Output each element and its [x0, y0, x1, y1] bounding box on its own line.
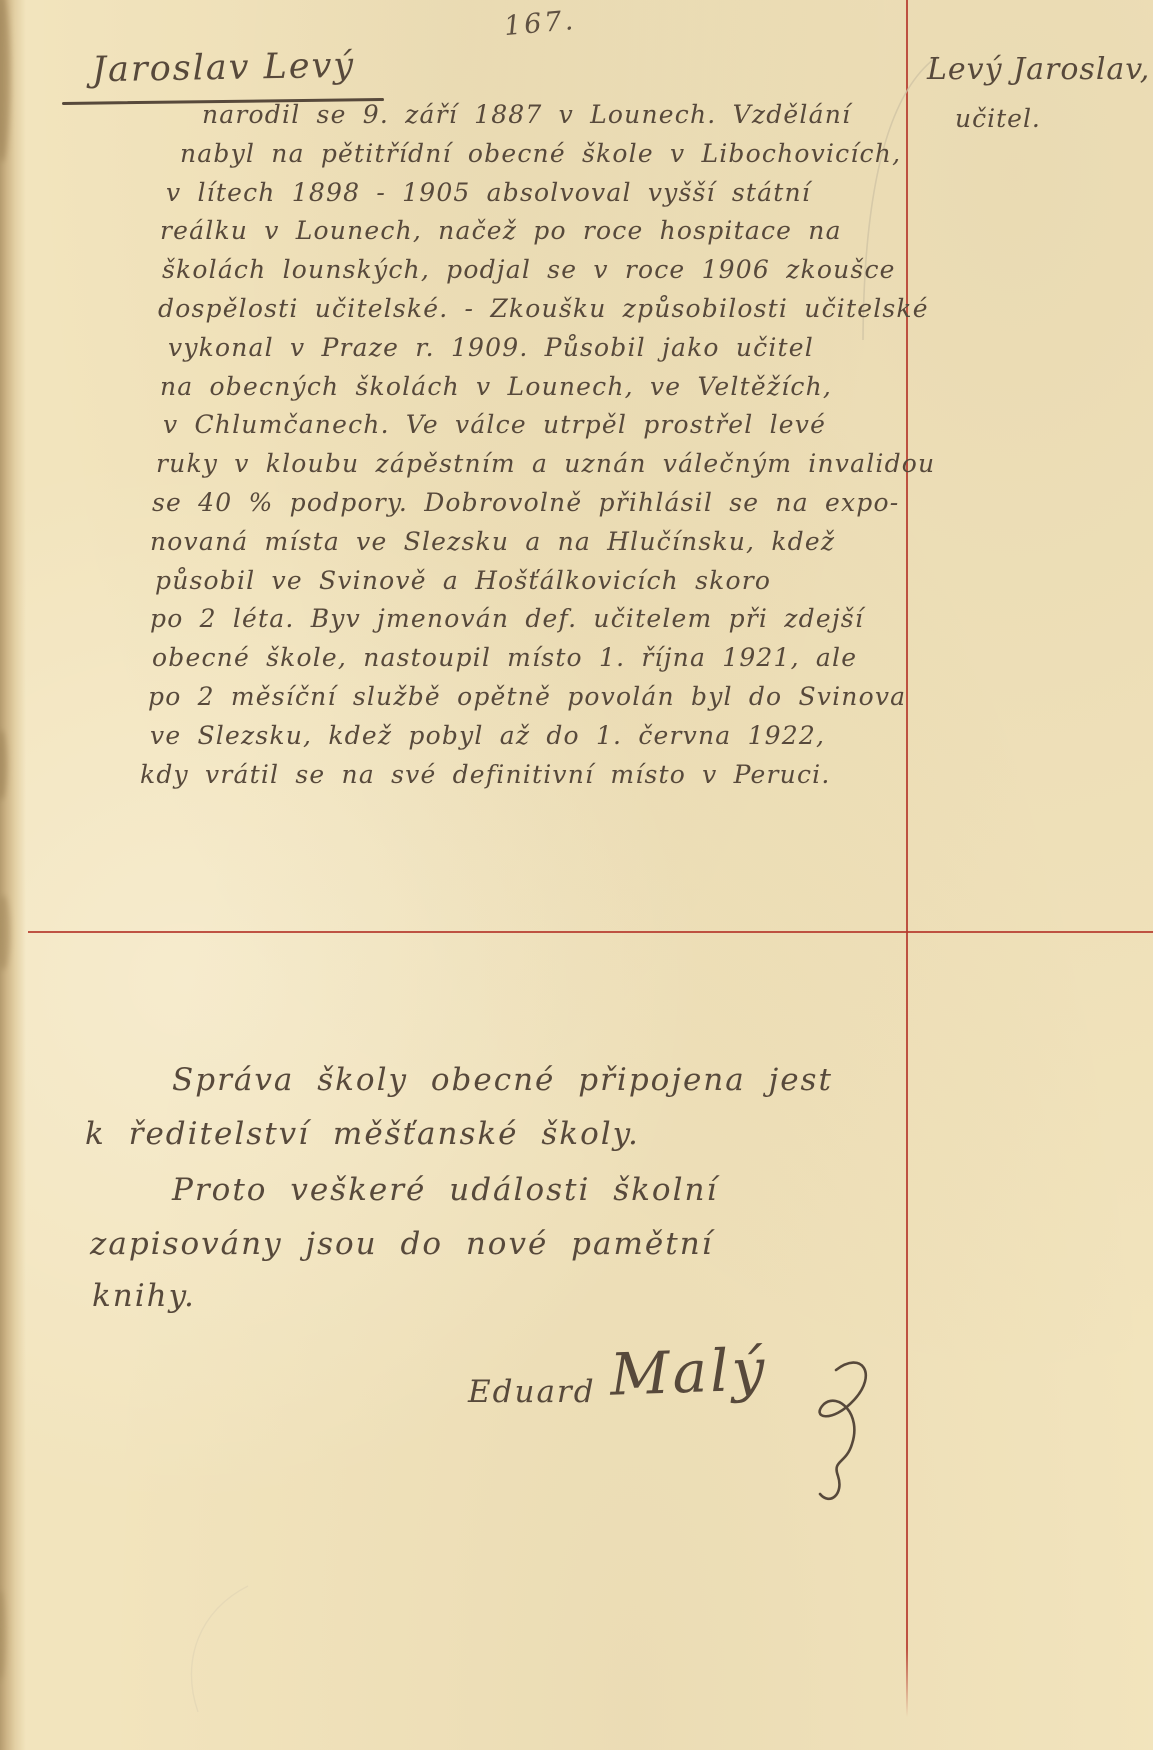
- register-page: 167. Jaroslav Levý Levý Jaroslav, učitel…: [0, 0, 1153, 1750]
- note-line: zapisovány jsou do nové pamětní: [90, 1226, 714, 1262]
- biography-paragraph: narodil se 9. září 1887 v Lounech. Vzděl…: [140, 96, 935, 794]
- note-line: k ředitelství měšťanské školy.: [85, 1116, 640, 1152]
- page-number: 167.: [503, 5, 578, 42]
- biography-line: nabyl na pětitřídní obecné škole v Liboc…: [180, 135, 935, 174]
- entry-title-name: Jaroslav Levý: [92, 46, 356, 91]
- biography-line: obecné škole, nastoupil místo 1. října 1…: [152, 639, 935, 678]
- note-line: knihy.: [92, 1278, 196, 1314]
- biography-line: ruky v kloubu zápěstním a uznán válečným…: [156, 445, 935, 484]
- pencil-arc-mark: [140, 1580, 260, 1720]
- signature-flourish: [758, 1348, 888, 1518]
- biography-line: školách lounských, podjal se v roce 1906…: [162, 251, 935, 290]
- note-line: Proto veškeré události školní: [172, 1172, 718, 1208]
- biography-line: ve Slezsku, kdež pobyl až do 1. června 1…: [150, 717, 935, 756]
- biography-line: se 40 % podpory. Dobrovolně přihlásil se…: [152, 484, 935, 523]
- biography-line: narodil se 9. září 1887 v Lounech. Vzděl…: [202, 96, 935, 135]
- biography-line: novaná místa ve Slezsku a na Hlučínsku, …: [150, 523, 935, 562]
- biography-line: kdy vrátil se na své definitivní místo v…: [140, 756, 935, 795]
- biography-line: v lítech 1898 - 1905 absolvoval vyšší st…: [166, 174, 935, 213]
- biography-line: po 2 měsíční službě opětně povolán byl d…: [148, 678, 935, 717]
- biography-line: po 2 léta. Byv jmenován def. učitelem př…: [150, 600, 935, 639]
- biography-line: působil ve Svinově a Hošťálkovicích skor…: [155, 562, 935, 601]
- biography-line: na obecných školách v Lounech, ve Veltěž…: [160, 368, 935, 407]
- margin-index-occupation: učitel.: [955, 104, 1041, 133]
- biography-line: vykonal v Praze r. 1909. Působil jako uč…: [168, 329, 935, 368]
- biography-line: reálku v Lounech, načež po roce hospitac…: [160, 212, 935, 251]
- biography-line: v Chlumčanech. Ve válce utrpěl prostřel …: [163, 406, 935, 445]
- paper-edge: [0, 0, 26, 1750]
- margin-index-name: Levý Jaroslav,: [927, 52, 1150, 87]
- biography-line: dospělosti učitelské. - Zkoušku způsobil…: [158, 290, 935, 329]
- red-horizontal-rule: [28, 931, 1153, 933]
- signature-surname: Malý: [609, 1335, 769, 1408]
- note-line: Správa školy obecné připojena jest: [172, 1062, 833, 1098]
- signature-first-name: Eduard: [468, 1374, 596, 1410]
